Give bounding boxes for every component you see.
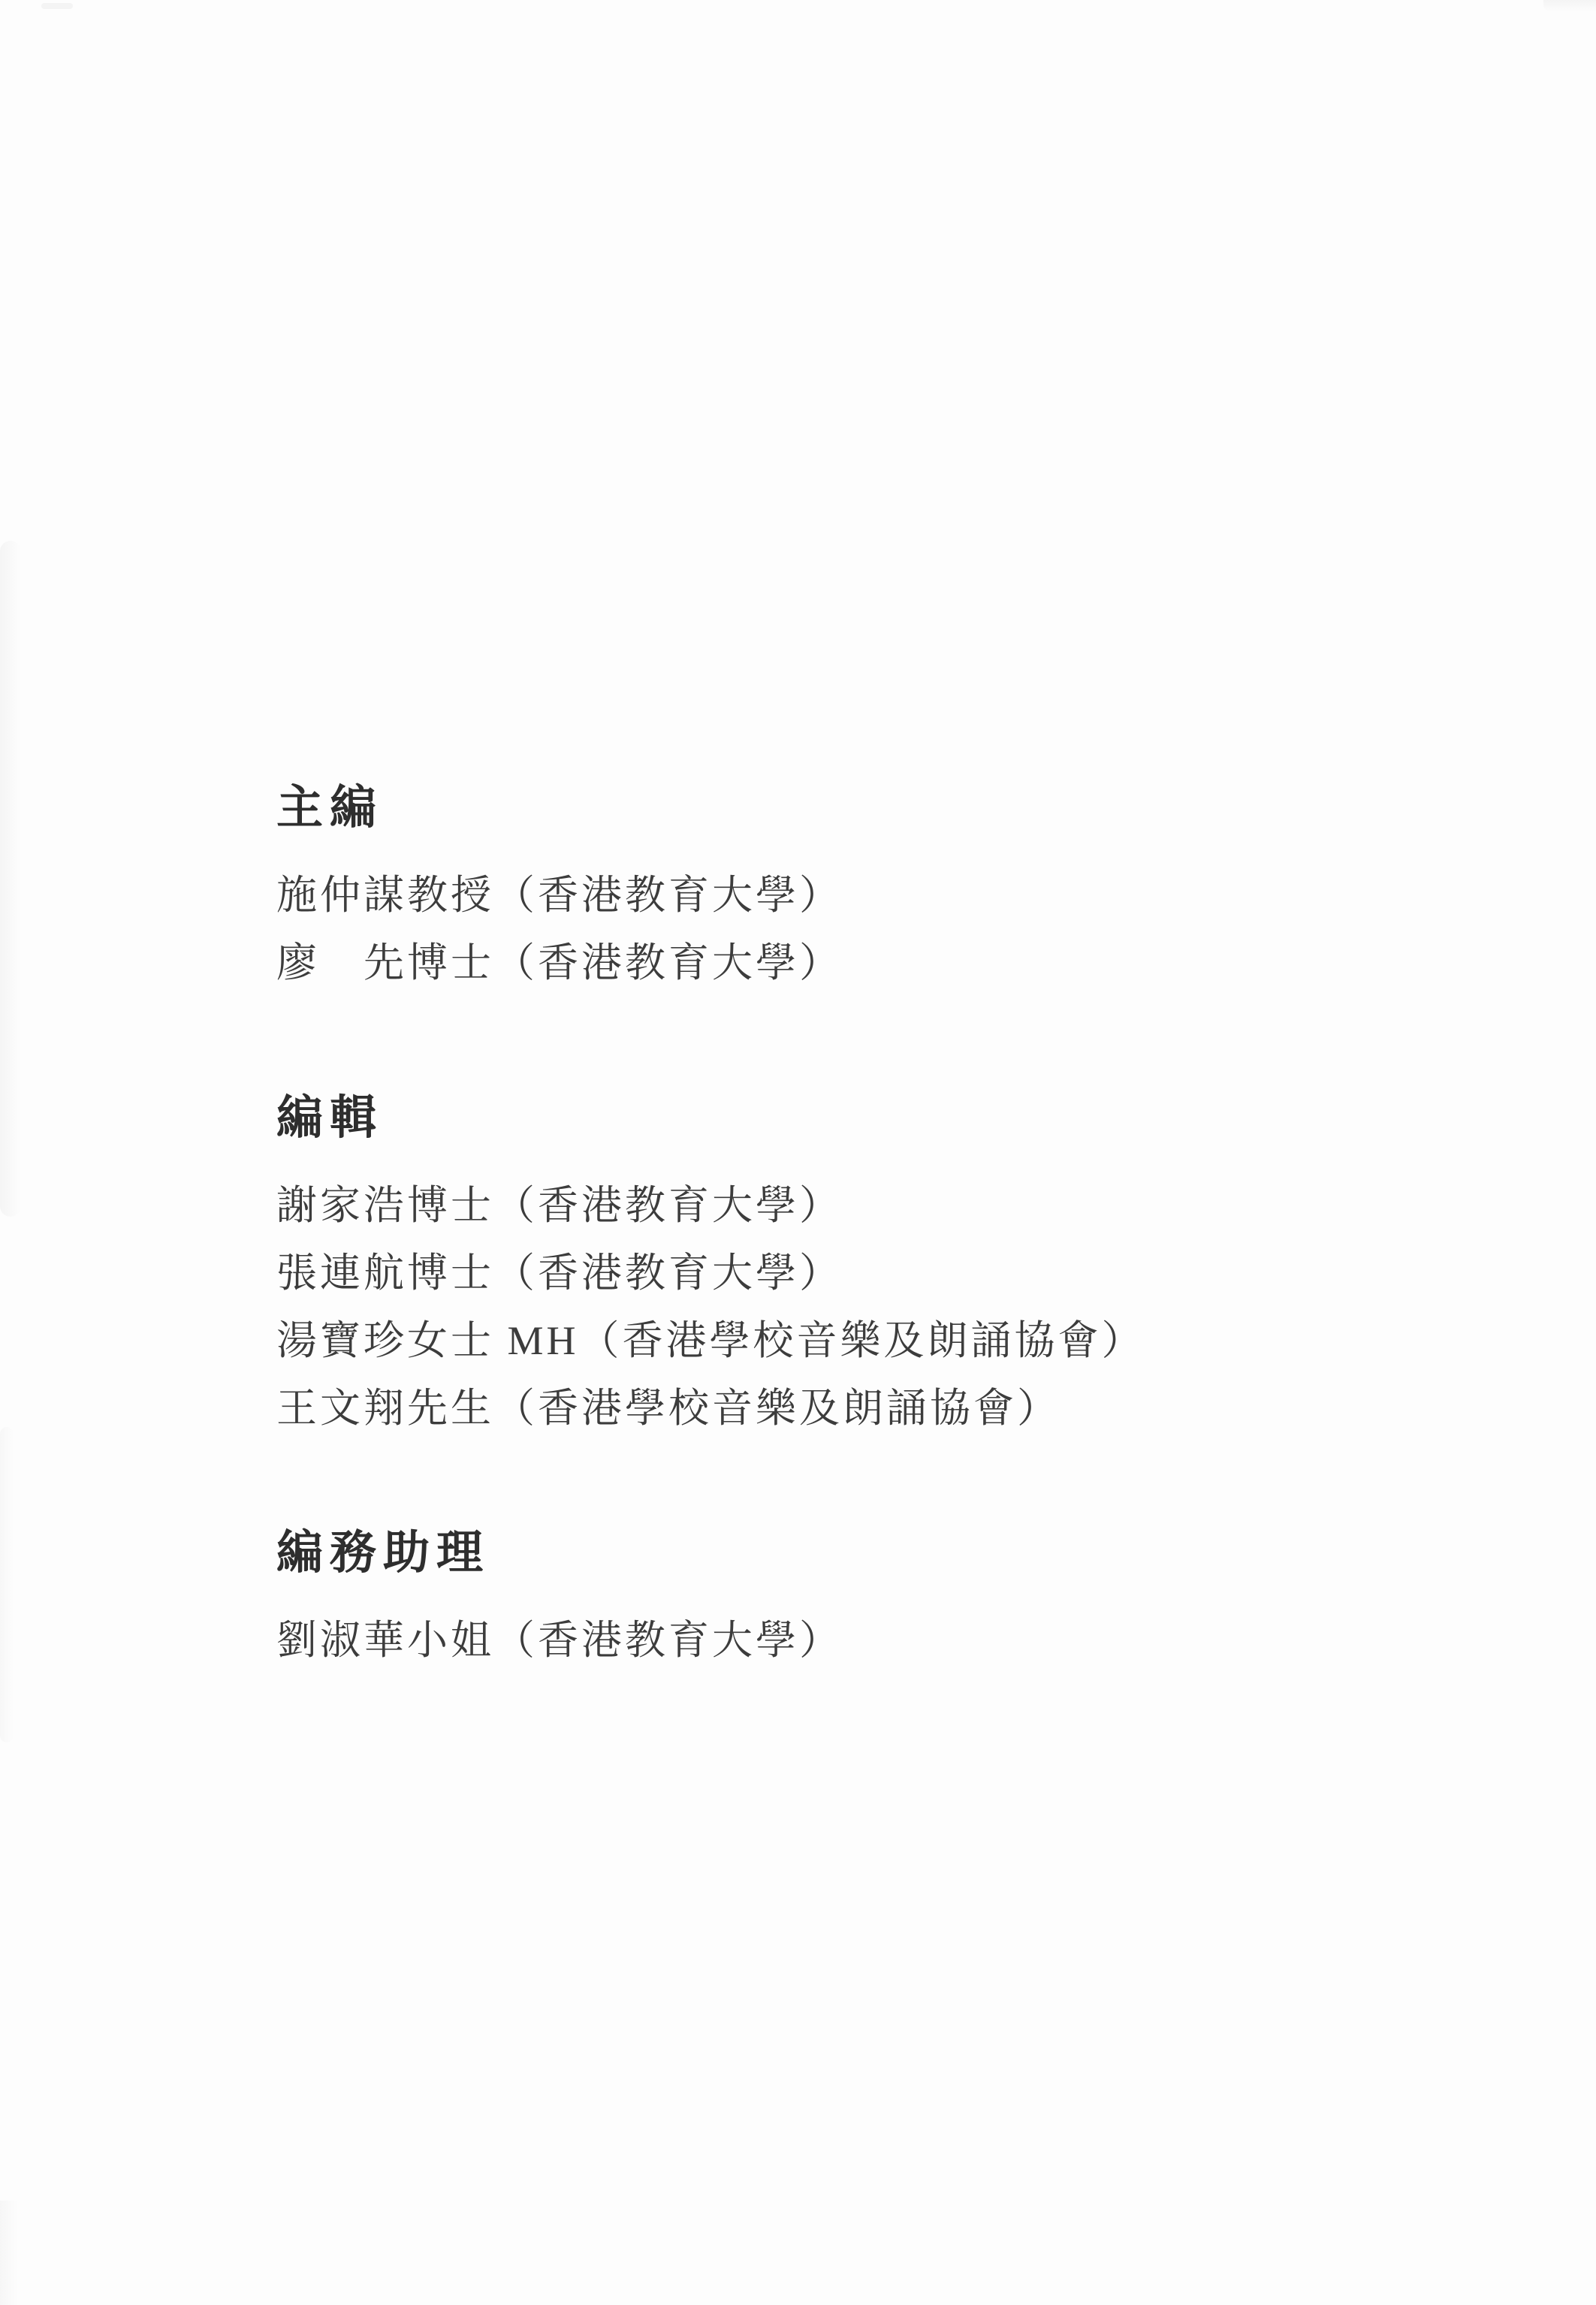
credit-line: 張連航博士（香港教育大學） bbox=[276, 1250, 1145, 1296]
scan-artifact-bottom-left bbox=[0, 2201, 18, 2305]
section-heading: 編輯 bbox=[276, 1095, 1145, 1142]
scan-artifact-top-right bbox=[1543, 0, 1596, 12]
section-heading: 主編 bbox=[276, 785, 843, 831]
section-editorial-assistant: 編務助理 劉淑華小姐（香港教育大學） bbox=[276, 1530, 843, 1664]
section-editors: 編輯 謝家浩博士（香港教育大學） 張連航博士（香港教育大學） 湯寶珍女士 MH（… bbox=[276, 1095, 1145, 1432]
credit-line: 謝家浩博士（香港教育大學） bbox=[276, 1182, 1145, 1229]
credit-line: 湯寶珍女士 MH（香港學校音樂及朗誦協會） bbox=[276, 1317, 1145, 1364]
section-chief-editor: 主編 施仲謀教授（香港教育大學） 廖 先博士（香港教育大學） bbox=[276, 785, 843, 986]
credit-line: 廖 先博士（香港教育大學） bbox=[276, 940, 843, 986]
scan-artifact-left-edge bbox=[0, 541, 21, 1217]
scan-artifact-top-left bbox=[41, 3, 73, 9]
credit-line: 施仲謀教授（香港教育大學） bbox=[276, 872, 843, 919]
scanned-credits-page: 主編 施仲謀教授（香港教育大學） 廖 先博士（香港教育大學） 編輯 謝家浩博士（… bbox=[0, 0, 1596, 2305]
credit-line: 王文翔先生（香港學校音樂及朗誦協會） bbox=[276, 1385, 1145, 1432]
credit-line: 劉淑華小姐（香港教育大學） bbox=[276, 1617, 843, 1664]
scan-artifact-left-edge bbox=[0, 1427, 14, 1742]
section-heading: 編務助理 bbox=[276, 1530, 843, 1576]
